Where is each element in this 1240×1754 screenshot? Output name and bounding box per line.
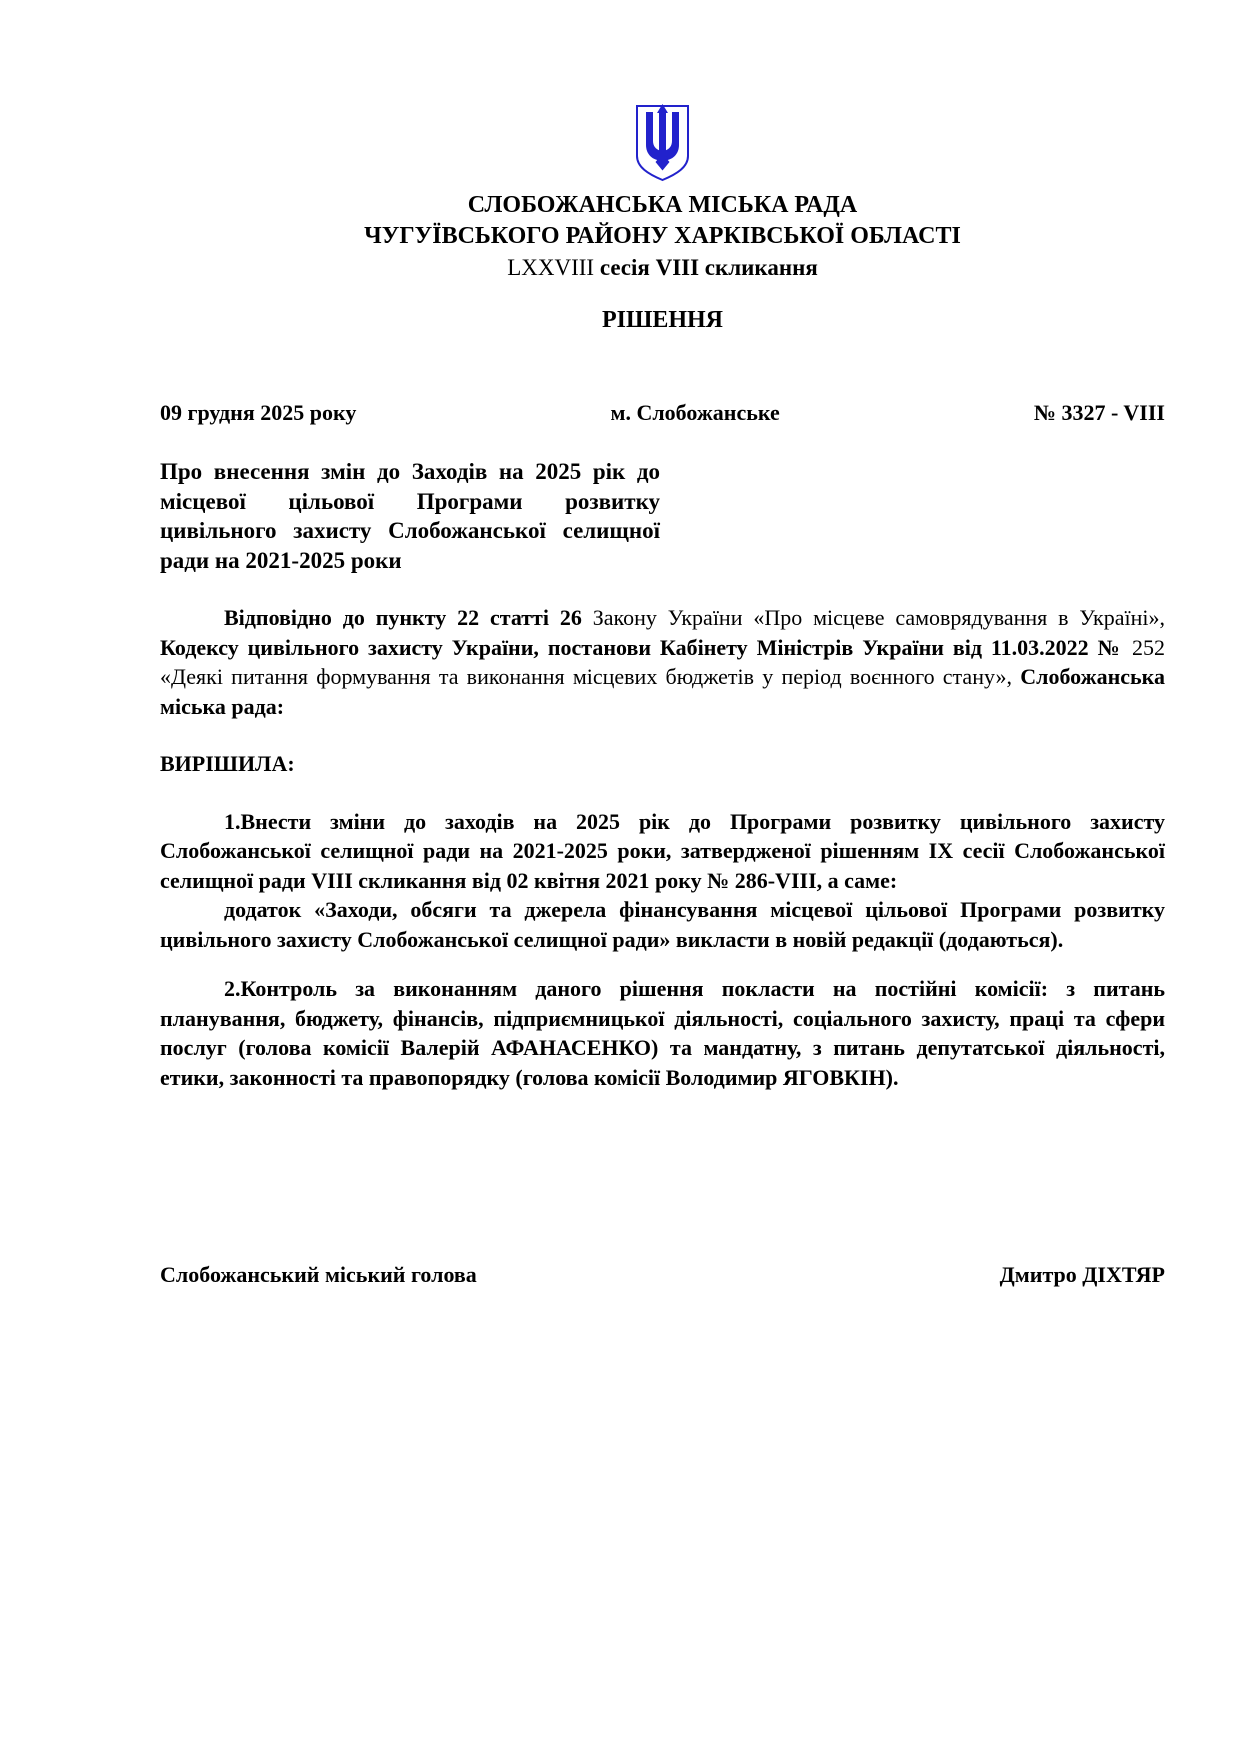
document-place: м. Слобожанське xyxy=(610,398,779,428)
meta-row: 09 грудня 2025 року м. Слобожанське № 33… xyxy=(160,398,1165,428)
council-name: СЛОБОЖАНСЬКА МІСЬКА РАДА xyxy=(160,190,1165,221)
signatory-name: Дмитро ДІХТЯР xyxy=(1000,1260,1165,1290)
document-number: № 3327 - VIII xyxy=(1034,398,1165,428)
session-line: LXXVIII сесія VIII скликання xyxy=(160,252,1165,283)
document-page: СЛОБОЖАНСЬКА МІСЬКА РАДА ЧУГУЇВСЬКОГО РА… xyxy=(0,0,1240,1754)
document-type-title: РІШЕННЯ xyxy=(160,305,1165,336)
signatory-title: Слобожанський міський голова xyxy=(160,1260,477,1290)
document-header: СЛОБОЖАНСЬКА МІСЬКА РАДА ЧУГУЇВСЬКОГО РА… xyxy=(160,0,1165,283)
district-name: ЧУГУЇВСЬКОГО РАЙОНУ ХАРКІВСЬКОЇ ОБЛАСТІ xyxy=(160,221,1165,252)
item-1-paragraph: 1.Внести зміни до заходів на 2025 рік до… xyxy=(160,807,1165,896)
session-number: LXXVIII xyxy=(507,255,600,280)
preamble-legal-basis: Відповідно до пункту 22 статті 26 xyxy=(224,605,582,630)
preamble-paragraph: Відповідно до пункту 22 статті 26 Закону… xyxy=(160,603,1165,721)
ukraine-trident-emblem-icon xyxy=(634,104,691,182)
item-2-paragraph: 2.Контроль за виконанням даного рішення … xyxy=(160,974,1165,1092)
signature-row: Слобожанський міський голова Дмитро ДІХТ… xyxy=(160,1260,1165,1290)
preamble-code-reference: Кодексу цивільного захисту України, пост… xyxy=(160,635,1132,660)
resolved-heading: ВИРІШИЛА: xyxy=(160,749,1165,779)
preamble-law-reference: Закону України «Про місцеве самоврядуван… xyxy=(582,605,1165,630)
item-1-continuation: додаток «Заходи, обсяги та джерела фінан… xyxy=(160,895,1165,954)
subject-block: Про внесення змін до Заходів на 2025 рік… xyxy=(160,457,660,575)
document-date: 09 грудня 2025 року xyxy=(160,398,356,428)
session-label: сесія VIII скликання xyxy=(600,255,818,280)
